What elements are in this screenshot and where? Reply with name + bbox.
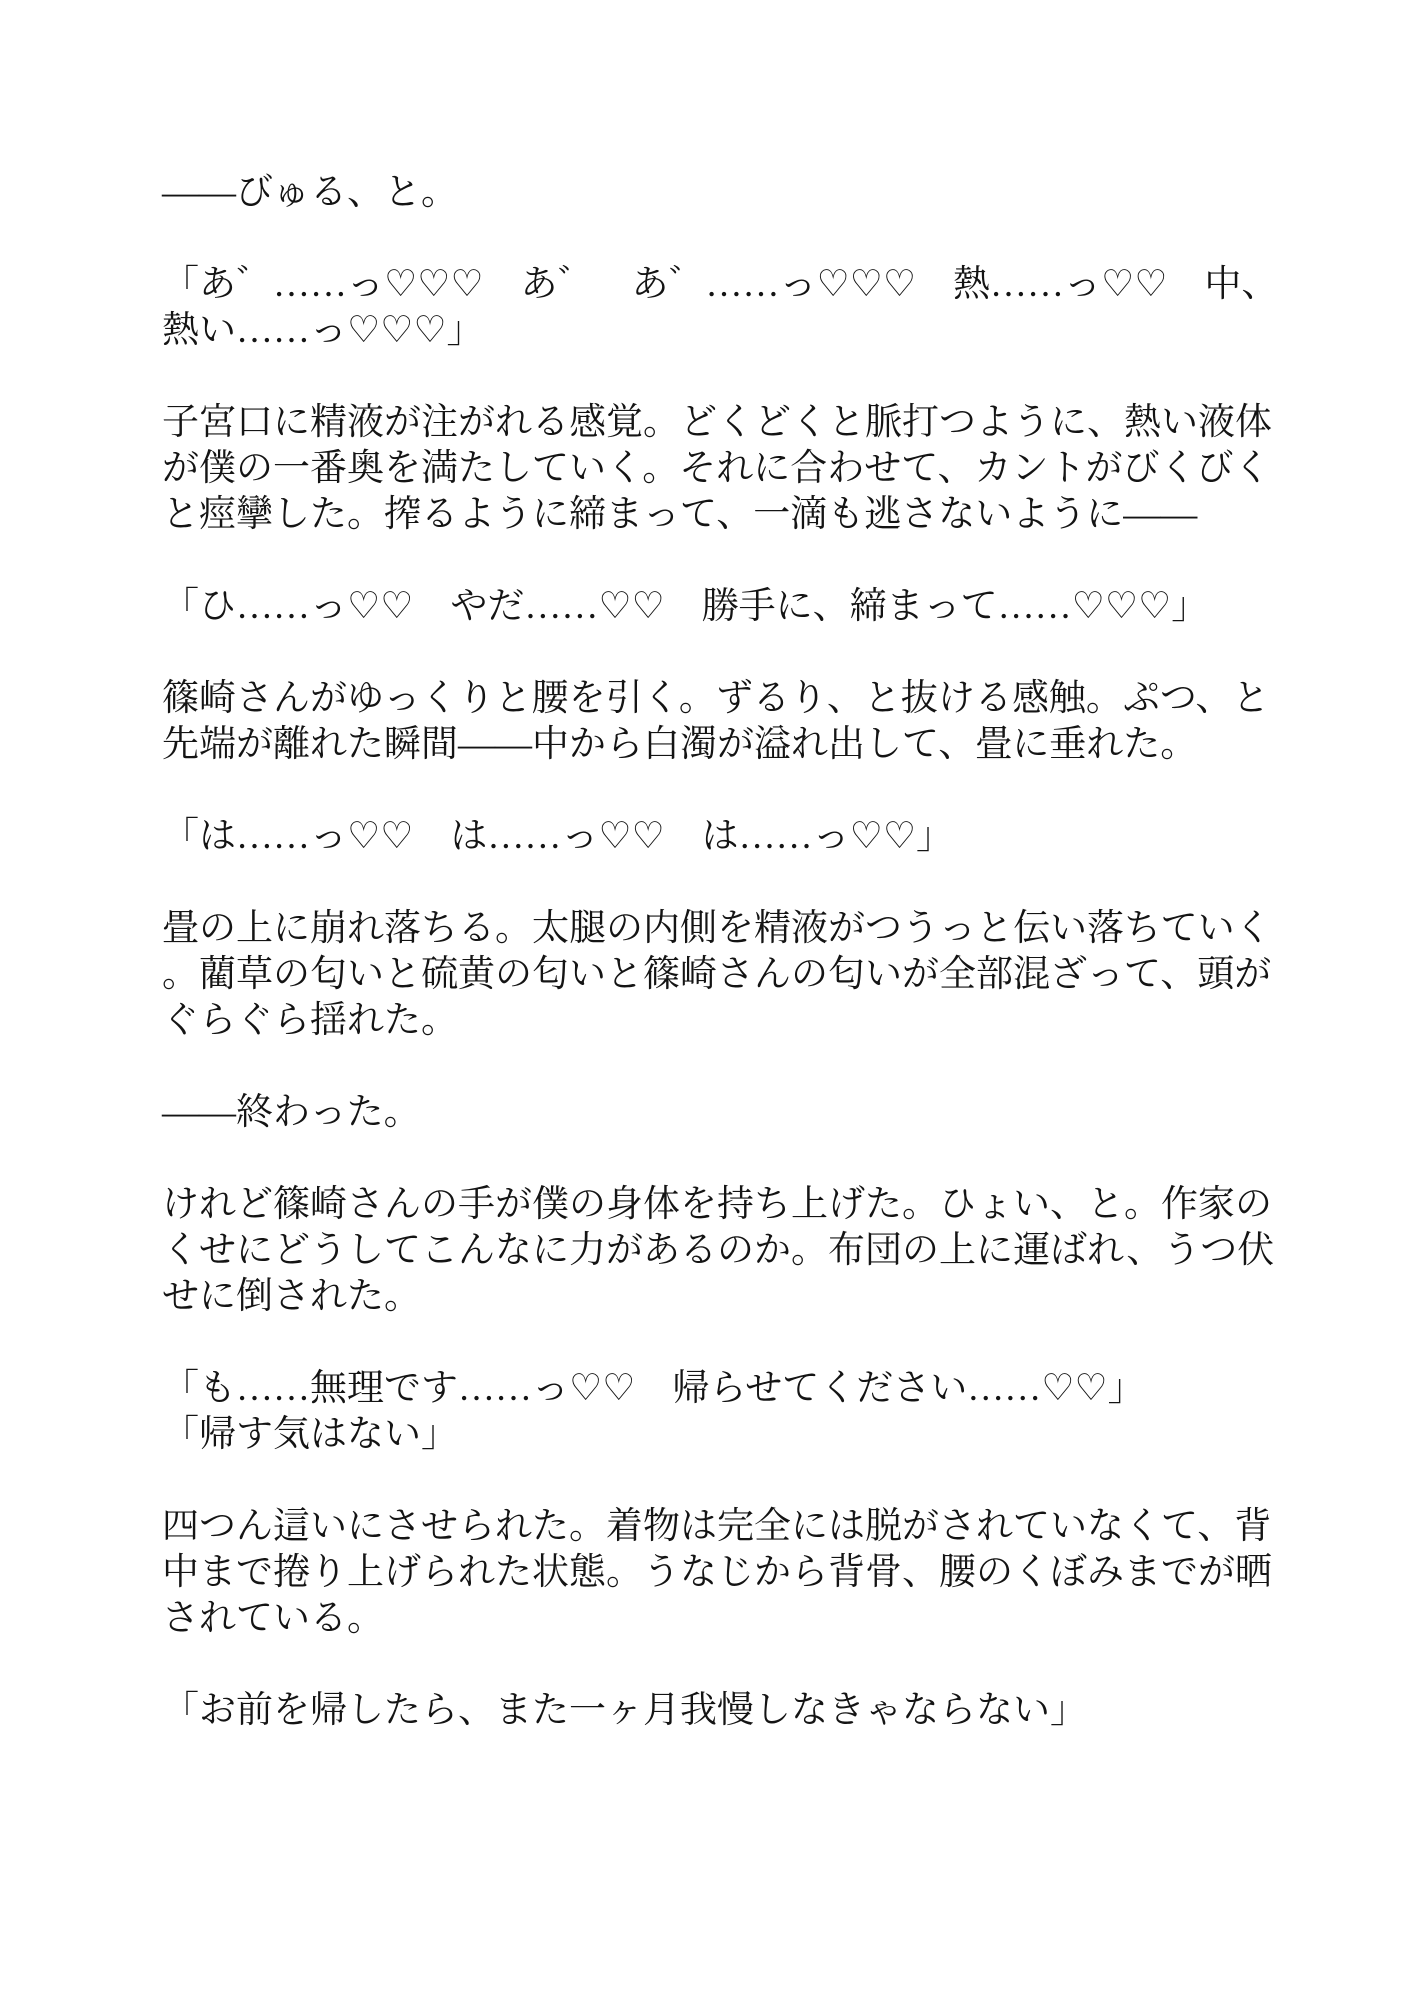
text-line: 「ひ……っ♡♡ やだ……♡♡ 勝手に、締まって……♡♡♡」 (162, 584, 1285, 630)
text-line: 「お前を帰したら、また一ヶ月我慢しなきゃならない」 (162, 1688, 1285, 1734)
text-line: けれど篠崎さんの手が僕の身体を持ち上げた。ひょい、と。作家の (162, 1182, 1285, 1228)
paragraph: 畳の上に崩れ落ちる。太腿の内側を精液がつうっと伝い落ちていく。藺草の匂いと硫黄の… (162, 906, 1285, 1044)
text-line: 畳の上に崩れ落ちる。太腿の内側を精液がつうっと伝い落ちていく (162, 906, 1285, 952)
text-line: 「あ゛……っ♡♡♡ あ゛ あ゛……っ♡♡♡ 熱……っ♡♡ 中、 (162, 262, 1285, 308)
text-line: くせにどうしてこんなに力があるのか。布団の上に運ばれ、うつ伏 (162, 1228, 1285, 1274)
text-line: と痙攣した。搾るように締まって、一滴も逃さないように—— (162, 492, 1285, 538)
text-line: 「も……無理です……っ♡♡ 帰らせてください……♡♡」 (162, 1366, 1285, 1412)
paragraph: けれど篠崎さんの手が僕の身体を持ち上げた。ひょい、と。作家のくせにどうしてこんな… (162, 1182, 1285, 1320)
document-page: ——びゅる、と。「あ゛……っ♡♡♡ あ゛ あ゛……っ♡♡♡ 熱……っ♡♡ 中、熱… (0, 0, 1415, 2000)
text-line: 熱い……っ♡♡♡」 (162, 308, 1285, 354)
paragraph: 「は……っ♡♡ は……っ♡♡ は……っ♡♡」 (162, 814, 1285, 860)
document-text: ——びゅる、と。「あ゛……っ♡♡♡ あ゛ あ゛……っ♡♡♡ 熱……っ♡♡ 中、熱… (162, 170, 1285, 1734)
paragraph: 四つん這いにさせられた。着物は完全には脱がされていなくて、背中まで捲り上げられた… (162, 1504, 1285, 1642)
paragraph: ——びゅる、と。 (162, 170, 1285, 216)
paragraph: 「ひ……っ♡♡ やだ……♡♡ 勝手に、締まって……♡♡♡」 (162, 584, 1285, 630)
paragraph: ——終わった。 (162, 1090, 1285, 1136)
text-line: ——びゅる、と。 (162, 170, 1285, 216)
text-line: ぐらぐら揺れた。 (162, 998, 1285, 1044)
text-line: が僕の一番奥を満たしていく。それに合わせて、カントがびくびく (162, 446, 1285, 492)
paragraph: 「お前を帰したら、また一ヶ月我慢しなきゃならない」 (162, 1688, 1285, 1734)
text-line: 篠崎さんがゆっくりと腰を引く。ずるり、と抜ける感触。ぷつ、と (162, 676, 1285, 722)
paragraph: 篠崎さんがゆっくりと腰を引く。ずるり、と抜ける感触。ぷつ、と先端が離れた瞬間——… (162, 676, 1285, 768)
text-line: 子宮口に精液が注がれる感覚。どくどくと脈打つように、熱い液体 (162, 400, 1285, 446)
text-line: 「帰す気はない」 (162, 1412, 1285, 1458)
text-line: 「は……っ♡♡ は……っ♡♡ は……っ♡♡」 (162, 814, 1285, 860)
text-line: ——終わった。 (162, 1090, 1285, 1136)
paragraph: 「も……無理です……っ♡♡ 帰らせてください……♡♡」「帰す気はない」 (162, 1366, 1285, 1458)
paragraph: 「あ゛……っ♡♡♡ あ゛ あ゛……っ♡♡♡ 熱……っ♡♡ 中、熱い……っ♡♡♡」 (162, 262, 1285, 354)
text-line: 先端が離れた瞬間——中から白濁が溢れ出して、畳に垂れた。 (162, 722, 1285, 768)
text-line: 。藺草の匂いと硫黄の匂いと篠崎さんの匂いが全部混ざって、頭が (162, 952, 1285, 998)
paragraph: 子宮口に精液が注がれる感覚。どくどくと脈打つように、熱い液体が僕の一番奥を満たし… (162, 400, 1285, 538)
text-line: 四つん這いにさせられた。着物は完全には脱がされていなくて、背 (162, 1504, 1285, 1550)
text-line: されている。 (162, 1596, 1285, 1642)
text-line: 中まで捲り上げられた状態。うなじから背骨、腰のくぼみまでが晒 (162, 1550, 1285, 1596)
text-line: せに倒された。 (162, 1274, 1285, 1320)
